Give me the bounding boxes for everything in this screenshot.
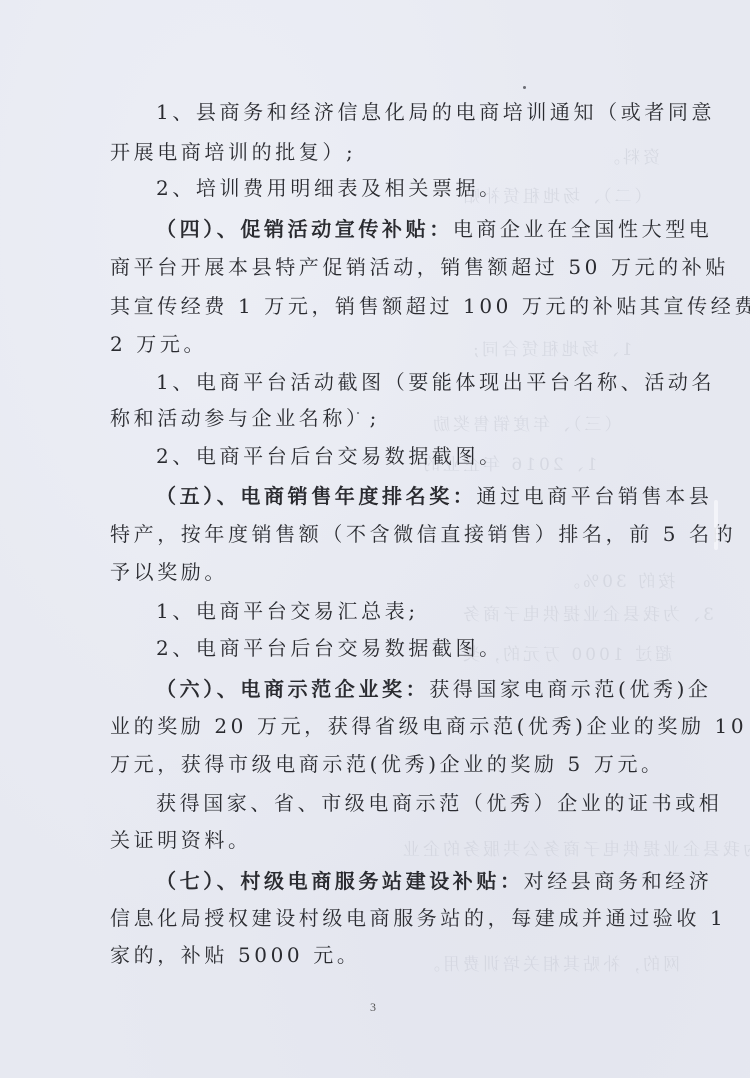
text-line: 信息化局授权建设村级电商服务站的，每建成并通过验收 1 (110, 906, 650, 930)
text-line: 业的奖励 20 万元，获得省级电商示范(优秀)企业的奖励 10 (110, 714, 650, 738)
scanned-page: 资料。 （二）、场地租赁补贴 1、场地租赁合同; （三）、年度销售奖励 1、20… (0, 0, 750, 1078)
text-line: 1、县商务和经济信息化局的电商培训通知（或者同意 (156, 100, 696, 124)
text-line: 特产，按年度销售额（不含微信直接销售）排名，前 5 名的 (110, 522, 650, 546)
text-line: 2、培训费用明细表及相关票据。 (156, 176, 696, 200)
section-heading: （七）、村级电商服务站建设补贴： (156, 869, 524, 893)
text-line: 2 万元。 (110, 332, 650, 356)
section-heading-line: （五）、电商销售年度排名奖：通过电商平台销售本县 (156, 484, 696, 508)
text-line: 予以奖励。 (110, 560, 650, 584)
section-heading-line: （四）、促销活动宣传补贴：电商企业在全国性大型电 (156, 217, 696, 241)
text-line: 家的，补贴 5000 元。 (110, 943, 650, 967)
text-line: 2、电商平台后台交易数据截图。 (156, 636, 696, 660)
scan-speck (523, 86, 526, 89)
scan-speck (357, 412, 359, 414)
section-heading: （五）、电商销售年度排名奖： (156, 484, 476, 508)
scan-scuff (714, 500, 718, 550)
section-heading-line: （六）、电商示范企业奖：获得国家电商示范(优秀)企 (156, 677, 696, 701)
text-line: 开展电商培训的批复）; (110, 140, 650, 164)
text-line: 商平台开展本县特产促销活动，销售额超过 50 万元的补贴 (110, 255, 650, 279)
text-line: 1、电商平台活动截图（要能体现出平台名称、活动名 (156, 370, 696, 394)
text-line: 关证明资料。 (110, 828, 650, 852)
section-heading: （四）、促销活动宣传补贴： (156, 217, 453, 241)
text-line: 其宣传经费 1 万元，销售额超过 100 万元的补贴其宣传经费 (110, 294, 650, 318)
page-number: 3 (370, 1000, 376, 1015)
text-line: 1、电商平台交易汇总表; (156, 599, 696, 623)
section-heading: （六）、电商示范企业奖： (156, 677, 429, 701)
text-line: 称和活动参与企业名称）; (110, 406, 650, 430)
text-line: 2、电商平台后台交易数据截图。 (156, 444, 696, 468)
text-line: 获得国家、省、市级电商示范（优秀）企业的证书或相 (156, 791, 696, 815)
section-heading-line: （七）、村级电商服务站建设补贴：对经县商务和经济 (156, 869, 696, 893)
text-line: 万元，获得市级电商示范(优秀)企业的奖励 5 万元。 (110, 752, 650, 776)
